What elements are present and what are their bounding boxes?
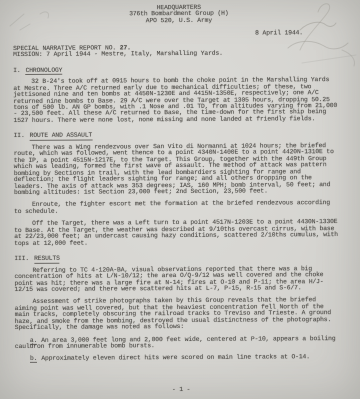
route-paragraph-2: Enroute, the fighter escort met the form… bbox=[14, 200, 340, 215]
mission-line: MISSION: 7 April 1944 - Mestre, Italy, M… bbox=[13, 50, 359, 59]
item-text-b: Approximately eleven direct hits were sc… bbox=[41, 353, 310, 362]
mission-label: MISSION: bbox=[13, 51, 42, 58]
section-title: ROUTE AND ASSAULT bbox=[30, 132, 93, 141]
results-paragraph-1: Referring to TC 4-120A-BA, visual observ… bbox=[14, 266, 340, 294]
section-number: II. bbox=[14, 132, 25, 139]
mission-text: 7 April 1944 - Mestre, Italy, Marshallin… bbox=[46, 50, 223, 58]
document-content: HEADQUARTERS 376th Bombardment Group (H)… bbox=[0, 0, 360, 399]
route-paragraph-3: Off the Target, there was a Left turn to… bbox=[14, 219, 340, 247]
letterhead-line-apo: APO 520, U.S. Army bbox=[0, 17, 359, 26]
section-title: RESULTS bbox=[34, 255, 60, 264]
section-number: III. bbox=[14, 255, 29, 262]
date-line: 8 April 1944. bbox=[0, 30, 359, 39]
letterhead: HEADQUARTERS 376th Bombardment Group (H)… bbox=[0, 0, 359, 25]
results-item-b: b.Approximately eleven direct hits were … bbox=[15, 354, 341, 362]
document-page: HEADQUARTERS 376th Bombardment Group (H)… bbox=[0, 0, 360, 399]
section-number: I. bbox=[13, 67, 20, 74]
section-heading-route-and-assault: II.ROUTE AND ASSAULT bbox=[14, 131, 360, 140]
chronology-paragraph: 32 B-24's took off at 0915 hours to bomb… bbox=[13, 77, 339, 124]
route-paragraph-1: There was a Wing rendezvous over San Vit… bbox=[14, 143, 340, 197]
results-paragraph-2: Assessment of strike photographs taken b… bbox=[15, 297, 341, 331]
results-item-a: a.An area 3,000 feet long and 2,000 feet… bbox=[15, 336, 341, 351]
section-heading-chronology: I.CHRONOLOGY bbox=[13, 66, 359, 75]
page-number: - 1 - bbox=[1, 385, 360, 394]
section-title: CHRONOLOGY bbox=[26, 66, 63, 75]
item-text-a: An area 3,000 feet long and 2,000 feet w… bbox=[15, 335, 336, 350]
item-label-b: b. bbox=[30, 354, 37, 362]
section-heading-results: III.RESULTS bbox=[14, 254, 360, 263]
